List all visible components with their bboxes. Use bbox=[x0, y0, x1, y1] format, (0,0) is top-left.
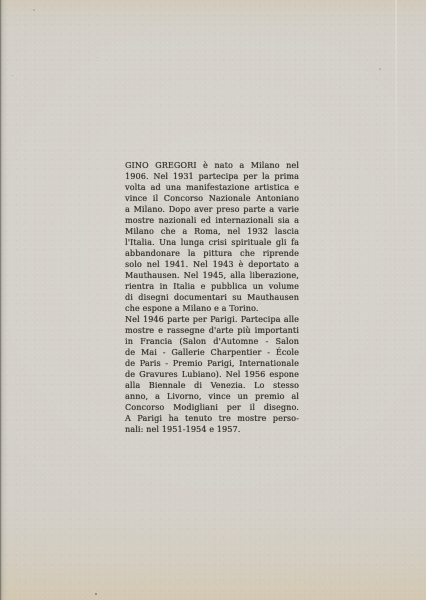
text-line: Concorso Modigliani per il disegno. bbox=[125, 402, 299, 413]
paper-crease bbox=[395, 0, 397, 240]
text-line: nali: nel 1951-1954 e 1957. bbox=[125, 424, 299, 435]
text-line: A Parigi ha tenuto tre mostre perso- bbox=[125, 413, 299, 424]
text-line: anno, a Livorno, vince un premio al bbox=[125, 391, 299, 402]
paper-speck bbox=[379, 68, 381, 70]
text-line: Mauthausen. Nel 1945, alla liberazione, bbox=[125, 270, 299, 281]
text-line: in Francia (Salon d'Automne - Salon bbox=[125, 336, 299, 347]
paper-speck bbox=[33, 9, 35, 11]
text-line: de Paris - Premio Parigi, Internationale bbox=[125, 358, 299, 369]
text-line: Nel 1946 parte per Parigi. Partecipa all… bbox=[125, 314, 299, 325]
text-line: abbandonare la pittura che riprende bbox=[125, 248, 299, 259]
text-line: volta ad una manifestazione artistica e bbox=[125, 182, 299, 193]
biography-text: GINO GREGORI è nato a Milano nel1906. Ne… bbox=[125, 160, 299, 435]
page-edge-shadow bbox=[0, 0, 8, 600]
text-line: mostre e rassegne d'arte più importanti bbox=[125, 325, 299, 336]
text-line: Milano che a Roma, nel 1932 lascia bbox=[125, 226, 299, 237]
text-line: rientra in Italia e pubblica un volume bbox=[125, 281, 299, 292]
paper-speck bbox=[97, 57, 98, 58]
text-line: vince il Concorso Nazionale Antoniano bbox=[125, 193, 299, 204]
text-line: di disegni documentari su Mauthausen bbox=[125, 292, 299, 303]
text-line: che espone a Milano e a Torino. bbox=[125, 303, 299, 314]
text-line: GINO GREGORI è nato a Milano nel bbox=[125, 160, 299, 171]
text-line: mostre nazionali ed internazionali sia a bbox=[125, 215, 299, 226]
paper-speck bbox=[12, 75, 13, 76]
paper-speck bbox=[95, 593, 97, 595]
text-line: solo nel 1941. Nel 1943 è deportato a bbox=[125, 259, 299, 270]
text-line: 1906. Nel 1931 partecipa per la prima bbox=[125, 171, 299, 182]
scanned-page: GINO GREGORI è nato a Milano nel1906. Ne… bbox=[0, 0, 426, 600]
text-line: de Gravures Lubiano). Nel 1956 espone bbox=[125, 369, 299, 380]
text-line: a Milano. Dopo aver preso parte a varie bbox=[125, 204, 299, 215]
text-line: alla Biennale di Venezia. Lo stesso bbox=[125, 380, 299, 391]
text-line: de Mai - Gallerie Charpentier - École bbox=[125, 347, 299, 358]
text-line: l'Italia. Una lunga crisi spirituale gli… bbox=[125, 237, 299, 248]
